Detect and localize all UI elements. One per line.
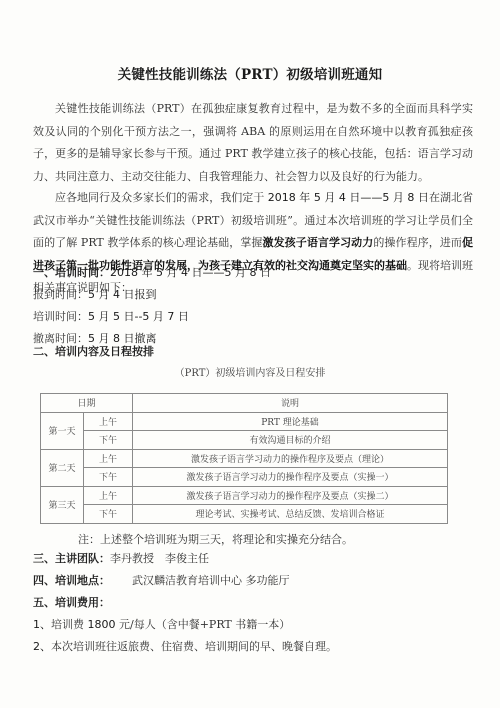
intro-bold-1: 激发孩子语言学习动力 <box>263 236 374 249</box>
section-1-value: 2018 年 5 月 4 日——5 月 8 日 <box>110 266 271 279</box>
schedule-table: 日期 说明 第一天 上午 PRT 理论基础 下午 有效沟通目标的介绍 第二天 上… <box>40 393 448 524</box>
section-1-label: 一、培训时间： <box>33 266 110 279</box>
checkin-time: 报到时间：5 月 4 日报到 <box>33 286 157 302</box>
header-date: 日期 <box>41 394 133 413</box>
session-cell: 下午 <box>84 468 133 487</box>
table-header-row: 日期 说明 <box>41 394 448 413</box>
description-cell: 理论考试、实操考试、总结反馈、发培训合格证 <box>133 505 448 524</box>
section-3-label: 三、主讲团队： <box>33 552 110 565</box>
table-row: 下午 激发孩子语言学习动力的操作程序及要点（实操一） <box>41 468 448 487</box>
session-cell: 上午 <box>84 412 133 431</box>
intro-date: 2018 年 5 月 4 日——5 月 8 日 <box>268 191 429 204</box>
day-cell: 第一天 <box>41 412 84 449</box>
table-note: 注：上述整个培训班为期三天，将理论和实操充分结合。 <box>78 531 353 547</box>
fee-item-1-text-a: 培训费 <box>51 618 88 631</box>
table-row: 下午 有效沟通目标的介绍 <box>41 431 448 450</box>
intro-text-1: 关键性技能训练法（PRT）在孤独症康复教育过程中，是为数不多的全面而具科学实效及… <box>33 102 473 183</box>
day-cell: 第三天 <box>41 486 84 523</box>
table-caption: （PRT）初级培训内容及日程安排 <box>0 364 500 379</box>
description-cell: PRT 理论基础 <box>133 412 448 431</box>
section-4-value: 武汉麟洁教育培训中心 多功能厅 <box>132 574 290 587</box>
description-cell: 有效沟通目标的介绍 <box>133 431 448 450</box>
document-page: 关键性技能训练法（PRT）初级培训班通知 关键性技能训练法（PRT）在孤独症康复… <box>0 0 500 708</box>
description-cell: 激发孩子语言学习动力的操作程序及要点（实操一） <box>133 468 448 487</box>
section-1-heading: 一、培训时间：2018 年 5 月 4 日——5 月 8 日 <box>33 264 271 280</box>
description-cell: 激发孩子语言学习动力的操作程序及要点（理论） <box>133 449 448 468</box>
fee-amount: 1800 <box>88 618 116 631</box>
section-2-heading: 二、培训内容及日程按排 <box>33 343 154 359</box>
section-3: 三、主讲团队：李丹教授 李俊主任 <box>33 550 209 566</box>
fee-item-1: 1、培训费 1800 元/每人（含中餐+PRT 书籍一本） <box>33 616 290 632</box>
table-row: 下午 理论考试、实操考试、总结反馈、发培训合格证 <box>41 505 448 524</box>
table-row: 第二天 上午 激发孩子语言学习动力的操作程序及要点（理论） <box>41 449 448 468</box>
fee-item-2: 2、本次培训班往返旅费、住宿费、培训期间的早、晚餐自理。 <box>33 638 337 654</box>
checkin-label: 报到时间： <box>33 288 88 301</box>
session-cell: 下午 <box>84 505 133 524</box>
day-cell: 第二天 <box>41 449 84 486</box>
fee-item-2-num: 2、 <box>33 640 51 653</box>
session-cell: 上午 <box>84 486 133 505</box>
fee-item-1-text-b: 元/每人（含中餐+PRT 书籍一本） <box>116 618 291 631</box>
table-row: 第一天 上午 PRT 理论基础 <box>41 412 448 431</box>
section-5-heading: 五、培训费用： <box>33 594 110 610</box>
training-label: 培训时间： <box>33 310 88 323</box>
intro-text-2a: 应各地同行及众多家长们的需求，我们定于 <box>55 191 268 204</box>
section-4: 四、培训地点：武汉麟洁教育培训中心 多功能厅 <box>33 572 290 588</box>
session-cell: 上午 <box>84 449 133 468</box>
session-cell: 下午 <box>84 431 133 450</box>
training-time: 培训时间：5 月 5 日--5 月 7 日 <box>33 308 189 324</box>
checkin-value: 5 月 4 日报到 <box>88 288 157 301</box>
intro-text-2c: 的操作程序，进而 <box>373 236 462 249</box>
section-3-value: 李丹教授 李俊主任 <box>110 552 209 565</box>
header-description: 说明 <box>133 394 448 413</box>
document-title: 关键性技能训练法（PRT）初级培训班通知 <box>0 63 500 83</box>
section-4-label: 四、培训地点： <box>33 574 110 587</box>
fee-item-2-text: 本次培训班往返旅费、住宿费、培训期间的早、晚餐自理。 <box>51 640 337 653</box>
intro-paragraph-2: 应各地同行及众多家长们的需求，我们定于 2018 年 5 月 4 日——5 月 … <box>33 187 473 300</box>
training-value: 5 月 5 日--5 月 7 日 <box>88 310 189 323</box>
table-row: 第三天 上午 激发孩子语言学习动力的操作程序及要点（实操二） <box>41 486 448 505</box>
fee-item-1-num: 1、 <box>33 618 51 631</box>
intro-paragraph-1: 关键性技能训练法（PRT）在孤独症康复教育过程中，是为数不多的全面而具科学实效及… <box>33 98 473 188</box>
description-cell: 激发孩子语言学习动力的操作程序及要点（实操二） <box>133 486 448 505</box>
